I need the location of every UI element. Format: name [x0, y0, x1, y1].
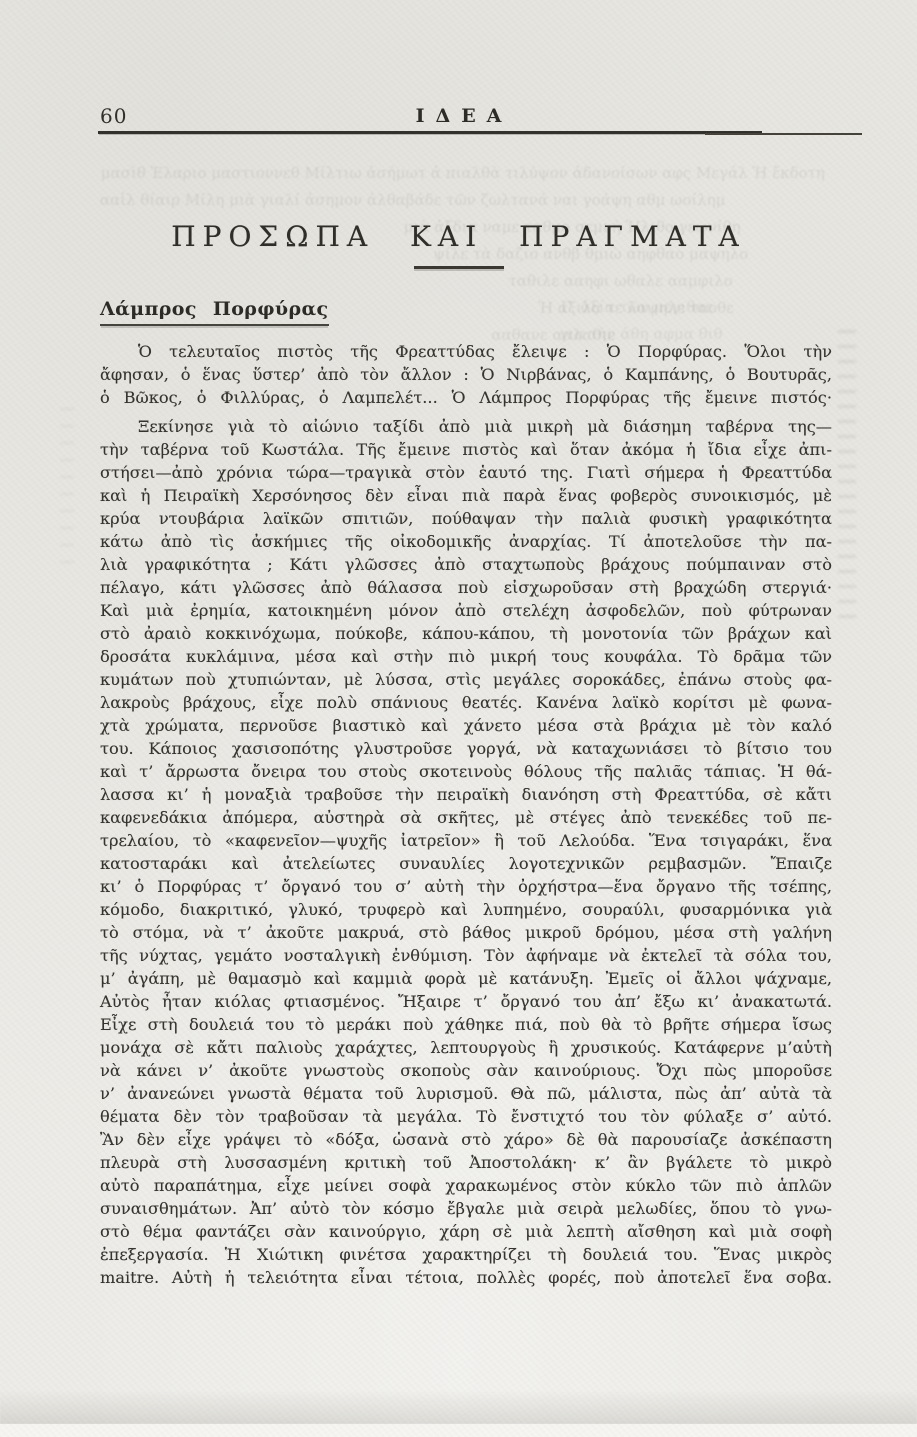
paragraph: Ξεκίνησε γιὰ τὸ αἰώνιο ταξίδι ἀπὸ μιὰ μι… [100, 415, 832, 1289]
text-line: τὴν ταβέρνα τοῦ Κωστάλα. Τῆς ἔμεινε πιστ… [100, 438, 832, 461]
text-line: ν’ ἀνανεώνει γνωστὰ θέματα τοῦ λυρισμοῦ.… [100, 1082, 832, 1105]
section-heading: Λάμπρος Πορφύρας [100, 298, 329, 326]
bleedthrough-line: Γ. ἀξία τῶν μεγιθαε [560, 294, 861, 321]
bleedthrough-line: Ἡ αξιλα τε λαψηλε ταοθε [538, 295, 844, 322]
text-line: Ὁ τελευταῖος πιστὸς τῆς Φρεαττύδας ἔλειψ… [100, 340, 832, 363]
text-line: καφενεδάκια ἀπόμερα, αὐστηρὰ σὰ σκῆτες, … [100, 806, 832, 829]
text-line: στὸ ἀραιὸ κοκκινόχωμα, πούκοβε, κάπου-κά… [100, 622, 832, 645]
text-line: λιὰ γραφικότητα ; Κάτι γλῶσσες ἀπὸ σταχτ… [100, 553, 832, 576]
text-line: τὸ στόμα, νὰ τ’ ἀκοῦτε μακρυά, στὸ βάθος… [100, 921, 832, 944]
bleedthrough-line: ααἰλ θίαιρ Μίλη μιὰ γιαλί ἀσημον ἀλθαβάδ… [99, 187, 839, 214]
text-line: κόμοδο, διακριτικό, γλυκό, τρυφερὸ καὶ λ… [100, 898, 832, 921]
text-line: πέλαγο, κάτι γλῶσσες ἀπὸ θάλασσα ποὺ εἰσ… [100, 576, 832, 599]
article-body: Ὁ τελευταῖος πιστὸς τῆς Φρεαττύδας ἔλειψ… [100, 340, 832, 1289]
text-line: θέματα δὲν τὸν τραβοῦσαν τὰ μεγάλα. Τὸ ἔ… [100, 1105, 832, 1128]
text-line: λασσα κι’ ἡ μοναξιὰ τραβοῦσε τὴν πειραϊκ… [100, 783, 832, 806]
text-line: αὐτὸ παραπάτημα, εἶχε μείνει σοφὰ χαρακω… [100, 1174, 832, 1197]
header-rule-segment [705, 133, 862, 135]
margin-smudge-left [60, 408, 74, 578]
text-line: ὁ Βῶκος, ὁ Φιλλύρας, ὁ Λαμπελέτ... Ὁ Λάμ… [100, 386, 832, 409]
text-line: του. Κάποιος χασισοπότης γλυστροῦσε γοργ… [100, 737, 832, 760]
header-rule [98, 131, 762, 134]
text-line: κρύα ντουβάρια λαϊκῶν σπιτιῶν, πούθαψαν … [100, 507, 832, 530]
text-line: καὶ τ’ ἄρρωστα ὄνειρα του στοὺς σκοτεινο… [100, 760, 832, 783]
text-line: πλευρὰ στὴ λυσσασμένη κριτικὴ τοῦ Ἀποστο… [100, 1151, 832, 1174]
text-line: στήσει—ἀπὸ χρόνια τώρα—τραγικὰ στὸν ἑαυτ… [100, 461, 832, 484]
bleedthrough-line: μασὶθ Ἑλαριο μαστιοννεθ Μίλτιω ἀσήμωτ ἀ … [100, 160, 863, 187]
text-line: δροσάτα κυκλάμινα, μέσα καὶ στὴν πιὸ μικ… [100, 645, 832, 668]
text-line: χτὰ χρώματα, περνοῦσε βιαστικὸ καὶ χάνετ… [100, 714, 832, 737]
text-line: Ξεκίνησε γιὰ τὸ αἰώνιο ταξίδι ἀπὸ μιὰ μι… [100, 415, 832, 438]
text-line: Εἶχε στὴ δουλειά του τὸ μεράκι ποὺ χάθηκ… [100, 1013, 832, 1036]
text-line: κυμάτων ποὺ χτυπιώνταν, μὲ λύσσα, στὶς μ… [100, 668, 832, 691]
text-line: καὶ ἡ Πειραϊκὴ Χερσόνησος δὲν εἶναι πιὰ … [100, 484, 832, 507]
text-line: Ἂν δὲν εἶχε γράψει τὸ «δόξα, ὡσανὰ στὸ χ… [100, 1128, 832, 1151]
bottom-shadow [0, 1390, 917, 1424]
text-line: τῆς νύχτας, γεμάτο νοσταλγικὴ ἐνθύμιση. … [100, 944, 832, 967]
text-line: ἄφησαν, ὁ ἕνας ὕστερ’ ἀπὸ τὸν ἄλλον : Ὁ … [100, 363, 832, 386]
text-line: μονάχα σὲ κἄτι παλιοὺς χαράχτες, λεπτουρ… [100, 1036, 832, 1059]
article-title: ΠΡΟΣΩΠΑ ΚΑΙ ΠΡΑΓΜΑΤΑ [0, 220, 917, 253]
text-line: τρελαίου, τὸ «καφενεῖον—ψυχῆς ἰατρεῖον» … [100, 829, 832, 852]
text-line: μ’ ἀγάπη, μὲ θαμασμὸ καὶ καμμιὰ φορὰ μὲ … [100, 967, 832, 990]
text-line: λακροὺς βράχους, εἶχε πολὺ σπάνιους θεατ… [100, 691, 832, 714]
paragraph: Ὁ τελευταῖος πιστὸς τῆς Φρεαττύδας ἔλειψ… [100, 340, 832, 409]
text-line: στὸ θέμα φαντάζει σὰν καινούργιο, χάρη σ… [100, 1220, 832, 1243]
text-line: νὰ κάνει ν’ ἀκοῦτε γνωστοὺς σκοποὺς σὰν … [100, 1059, 832, 1082]
title-divider [414, 266, 504, 269]
text-line: κατοσταράκι καὶ ἀτελείωτες συναυλίες λογ… [100, 852, 832, 875]
text-line: maitre. Αὐτὴ ἡ τελειότητα εἶναι τέτοια, … [100, 1266, 832, 1289]
bottom-scan-edge [0, 1424, 917, 1437]
bleedthrough-line: ταθιλε ααηφι ωθαλε ααμφιλο [508, 268, 859, 295]
text-line: κάτω ἀπὸ τὶς ἀσκήμιες τῆς οἰκοδομικῆς ἀν… [100, 530, 832, 553]
page-scan: μασὶθ Ἑλαριο μαστιοννεθ Μίλτιω ἀσήμωτ ἀ … [0, 0, 917, 1437]
journal-title: ΙΔΕΑ [0, 105, 917, 127]
text-line: ἐπεξεργασία. Ἡ Χιώτικη φινέτσα χαρακτηρί… [100, 1243, 832, 1266]
text-line: Αὐτὸς ἦταν κιόλας φτιασμένος. Ἤξαιρε τ’ … [100, 990, 832, 1013]
text-line: κι’ ὁ Πορφύρας τ’ ὄργανό του σ’ αὐτὴ τὴν… [100, 875, 832, 898]
text-line: Καὶ μιὰ ἐρημία, κατοικημένη μόνον ἀπὸ στ… [100, 599, 832, 622]
text-line: συναισθημάτων. Ἀπ’ αὐτὸ τὸν κόσμο ἔβγαλε… [100, 1197, 832, 1220]
margin-smudge-right [838, 330, 856, 630]
